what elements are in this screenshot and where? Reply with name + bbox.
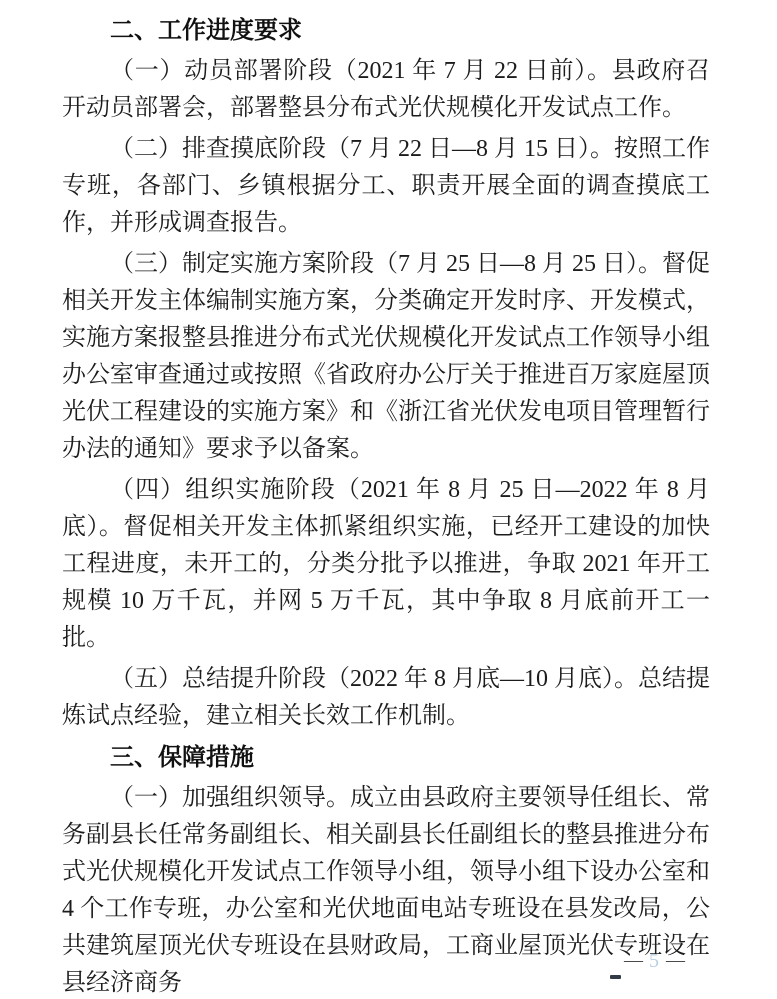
section-heading-safeguard-measures: 三、保障措施: [62, 739, 710, 776]
page-number: — 5 —: [608, 946, 700, 976]
paragraph-stage-4-implementation: （四）组织实施阶段（2021 年 8 月 25 日—2022 年 8 月底）。督…: [62, 472, 710, 657]
paragraph-stage-3-plan-formulation: （三）制定实施方案阶段（7 月 25 日—8 月 25 日）。督促相关开发主体编…: [62, 246, 710, 468]
document-page: 二、工作进度要求 （一）动员部署阶段（2021 年 7 月 22 日前）。县政府…: [0, 0, 777, 999]
paragraph-stage-2-survey: （二）排查摸底阶段（7 月 22 日—8 月 15 日）。按照工作专班，各部门、…: [62, 131, 710, 242]
page-number-digit: 5: [649, 950, 659, 973]
paragraph-stage-1-mobilization: （一）动员部署阶段（2021 年 7 月 22 日前）。县政府召开动员部署会，部…: [62, 53, 710, 127]
ink-smudge-mark: [610, 975, 621, 979]
page-number-dash-right: —: [666, 950, 684, 972]
section-heading-work-progress: 二、工作进度要求: [62, 12, 710, 49]
paragraph-stage-5-summary: （五）总结提升阶段（2022 年 8 月底—10 月底）。总结提炼试点经验，建立…: [62, 661, 710, 735]
page-number-dash-left: —: [624, 950, 642, 972]
document-body: 二、工作进度要求 （一）动员部署阶段（2021 年 7 月 22 日前）。县政府…: [62, 12, 710, 999]
